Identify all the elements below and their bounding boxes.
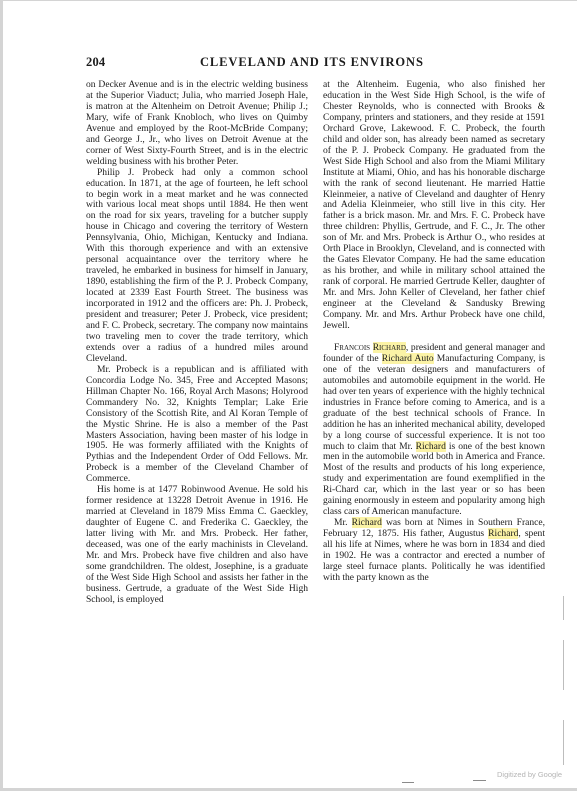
- search-highlight: Richard: [373, 342, 406, 353]
- paragraph: Mr. Probeck is a republican and is affil…: [86, 365, 308, 485]
- search-highlight: Richard Auto: [382, 353, 434, 364]
- paragraph: on Decker Avenue and is in the electric …: [86, 80, 308, 168]
- right-column: at the Altenheim. Eugenia, who also fini…: [323, 80, 545, 584]
- paragraph: His home is at 1477 Robinwood Avenue. He…: [86, 485, 308, 605]
- running-head: CLEVELAND AND ITS ENVIRONS: [200, 55, 424, 70]
- paragraph: at the Altenheim. Eugenia, who also fini…: [323, 80, 545, 332]
- scan-artifact-line: [563, 596, 564, 620]
- scan-artifact-mark: [402, 782, 414, 783]
- person-first-name: Francois: [334, 342, 370, 353]
- page-number: 204: [86, 55, 105, 70]
- digitized-watermark: Digitized by Google: [497, 770, 562, 779]
- paragraph-text: Manufacturing Company, is one of the vet…: [323, 353, 545, 452]
- search-highlight: Richard: [488, 528, 518, 539]
- biography-intro-paragraph: Francois Richard, president and general …: [323, 343, 545, 518]
- paragraph-text: Mr.: [334, 517, 352, 528]
- paragraph: Philip J. Probeck had only a common scho…: [86, 168, 308, 365]
- left-column: on Decker Avenue and is in the electric …: [86, 80, 308, 606]
- scan-artifact-mark: [473, 780, 486, 781]
- scan-artifact-line: [563, 720, 564, 765]
- search-highlight: Richard: [416, 441, 446, 452]
- scan-artifact-line: [563, 640, 564, 690]
- search-highlight: Richard: [352, 517, 382, 528]
- paragraph-text: is one of the best known men in the auto…: [323, 441, 545, 518]
- paragraph: Mr. Richard was born at Nimes in Souther…: [323, 518, 545, 584]
